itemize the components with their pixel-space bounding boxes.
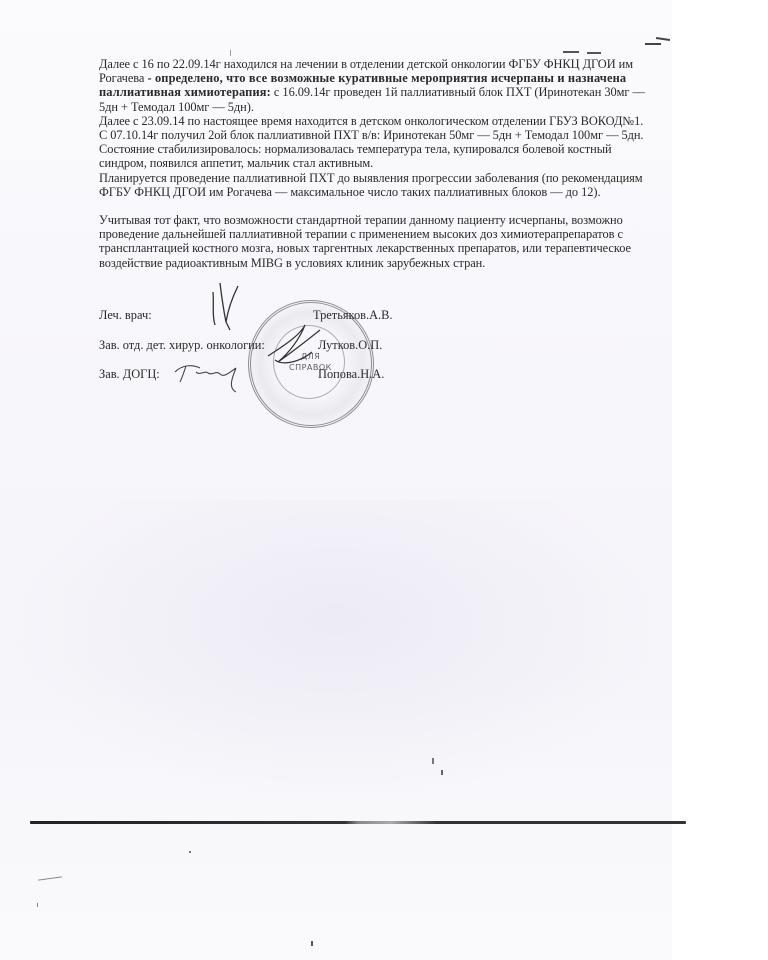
horizontal-rule [30, 821, 686, 824]
official-stamp: ДЛЯ СПРАВОК [248, 300, 374, 428]
scan-mark [441, 770, 443, 775]
scan-mark [189, 851, 191, 853]
handwritten-signatures [0, 0, 768, 960]
scan-mark [37, 903, 38, 907]
stamp-text: СПРАВОК [289, 363, 332, 372]
signature-scribble-attending [213, 283, 238, 330]
stamp-text: ДЛЯ [301, 352, 320, 361]
stamp-inner-ring [273, 325, 345, 399]
scan-mark [311, 941, 313, 946]
scan-mark [432, 758, 434, 764]
signature-handwritten-dogc-head [175, 366, 236, 392]
